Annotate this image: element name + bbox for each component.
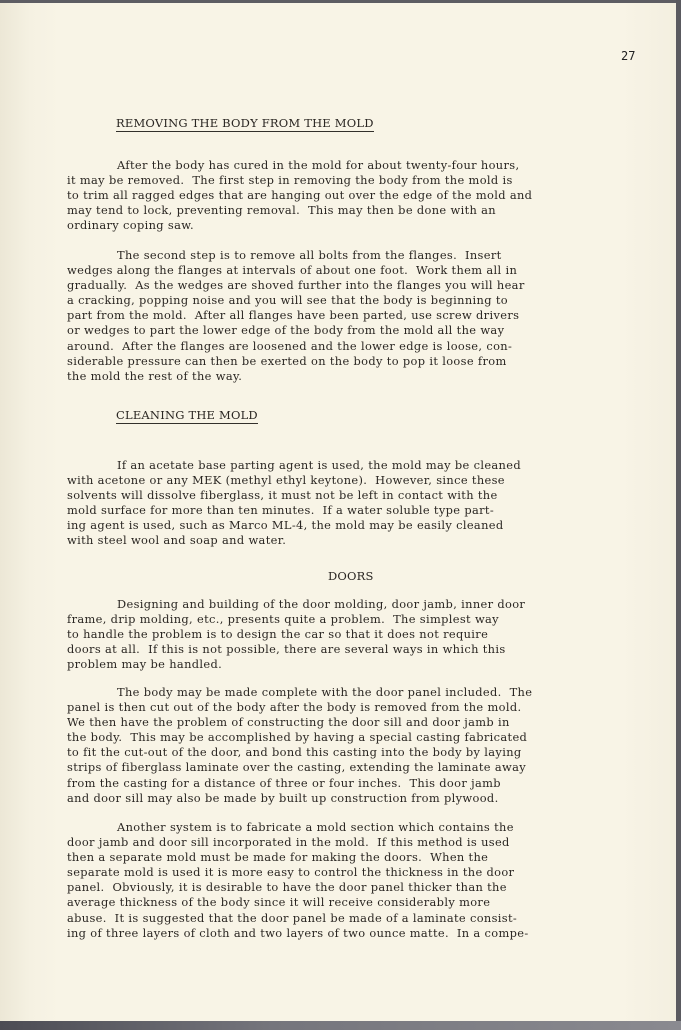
text-line: it may be removed. The first step in rem… (67, 173, 627, 188)
page-number: 27 (621, 49, 635, 63)
text-line: or wedges to part the lower edge of the … (67, 323, 627, 338)
text-line: ing of three layers of cloth and two lay… (67, 926, 627, 941)
heading-removing-body: REMOVING THE BODY FROM THE MOLD (116, 116, 374, 132)
text-line: If an acetate base parting agent is used… (67, 458, 627, 473)
text-line: a cracking, popping noise and you will s… (67, 293, 627, 308)
text-line: strips of fiberglass laminate over the c… (67, 760, 627, 775)
text-line: with acetone or any MEK (methyl ethyl ke… (67, 473, 627, 488)
text-line: separate mold is used it is more easy to… (67, 865, 627, 880)
scan-edge-right (676, 0, 681, 1030)
text-line: gradually. As the wedges are shoved furt… (67, 278, 627, 293)
text-line: with steel wool and soap and water. (67, 533, 627, 548)
scan-edge-bottom (0, 1021, 681, 1030)
text-line: ordinary coping saw. (67, 218, 627, 233)
paragraph-doors-2: The body may be made complete with the d… (67, 685, 627, 806)
text-line: and door sill may also be made by built … (67, 791, 627, 806)
text-line: Another system is to fabricate a mold se… (67, 820, 627, 835)
text-line: The second step is to remove all bolts f… (67, 248, 627, 263)
paragraph-doors-3: Another system is to fabricate a mold se… (67, 820, 627, 941)
text-line: The body may be made complete with the d… (67, 685, 627, 700)
text-line: to handle the problem is to design the c… (67, 627, 627, 642)
text-line: then a separate mold must be made for ma… (67, 850, 627, 865)
paragraph-removing-1: After the body has cured in the mold for… (67, 158, 627, 233)
text-line: siderable pressure can then be exerted o… (67, 354, 627, 369)
text-line: Designing and building of the door moldi… (67, 597, 627, 612)
text-line: the mold the rest of the way. (67, 369, 627, 384)
text-line: ing agent is used, such as Marco ML-4, t… (67, 518, 627, 533)
text-line: may tend to lock, preventing removal. Th… (67, 203, 627, 218)
text-line: problem may be handled. (67, 657, 627, 672)
paragraph-removing-2: The second step is to remove all bolts f… (67, 248, 627, 384)
text-line: abuse. It is suggested that the door pan… (67, 911, 627, 926)
text-line: solvents will dissolve fiberglass, it mu… (67, 488, 627, 503)
paragraph-cleaning-1: If an acetate base parting agent is used… (67, 458, 627, 549)
text-line: wedges along the flanges at intervals of… (67, 263, 627, 278)
text-line: panel is then cut out of the body after … (67, 700, 627, 715)
document-page: 27 REMOVING THE BODY FROM THE MOLD After… (0, 3, 676, 1023)
text-line: door jamb and door sill incorporated in … (67, 835, 627, 850)
heading-doors: DOORS (328, 569, 374, 583)
text-line: to fit the cut-out of the door, and bond… (67, 745, 627, 760)
heading-cleaning-mold: CLEANING THE MOLD (116, 408, 258, 424)
paragraph-doors-1: Designing and building of the door moldi… (67, 597, 627, 672)
text-line: panel. Obviously, it is desirable to hav… (67, 880, 627, 895)
text-line: We then have the problem of constructing… (67, 715, 627, 730)
text-line: After the body has cured in the mold for… (67, 158, 627, 173)
text-line: part from the mold. After all flanges ha… (67, 308, 627, 323)
text-line: to trim all ragged edges that are hangin… (67, 188, 627, 203)
text-line: mold surface for more than ten minutes. … (67, 503, 627, 518)
text-line: doors at all. If this is not possible, t… (67, 642, 627, 657)
text-line: average thickness of the body since it w… (67, 895, 627, 910)
text-line: the body. This may be accomplished by ha… (67, 730, 627, 745)
text-line: from the casting for a distance of three… (67, 776, 627, 791)
text-line: frame, drip molding, etc., presents quit… (67, 612, 627, 627)
text-line: around. After the flanges are loosened a… (67, 339, 627, 354)
